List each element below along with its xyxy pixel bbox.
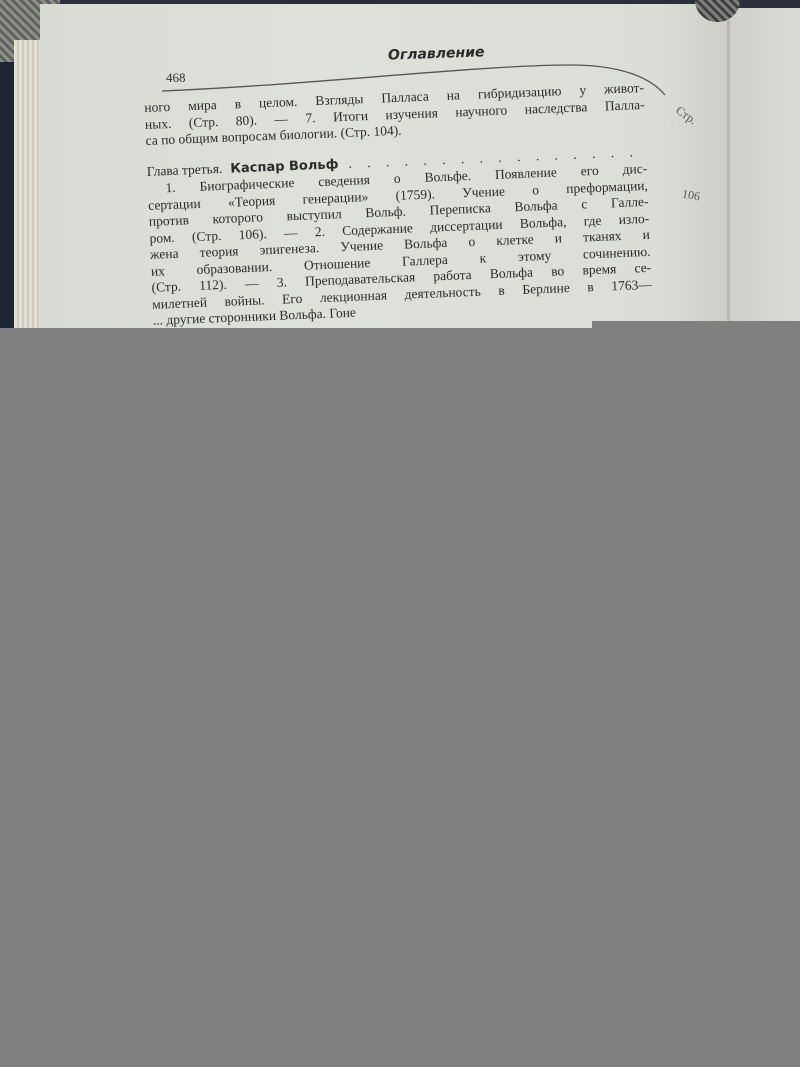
chapter-label: Глава третья.: [147, 160, 223, 180]
right-page: [730, 8, 800, 335]
book-photo: Оглавление 468 Стр. 106 ного мира в цело…: [0, 0, 800, 335]
chapter-page-ref: 106: [681, 187, 701, 205]
redaction-mask: [0, 328, 800, 1067]
toc-text: ного мира в целом. Взгляды Палласа на ги…: [144, 80, 653, 329]
